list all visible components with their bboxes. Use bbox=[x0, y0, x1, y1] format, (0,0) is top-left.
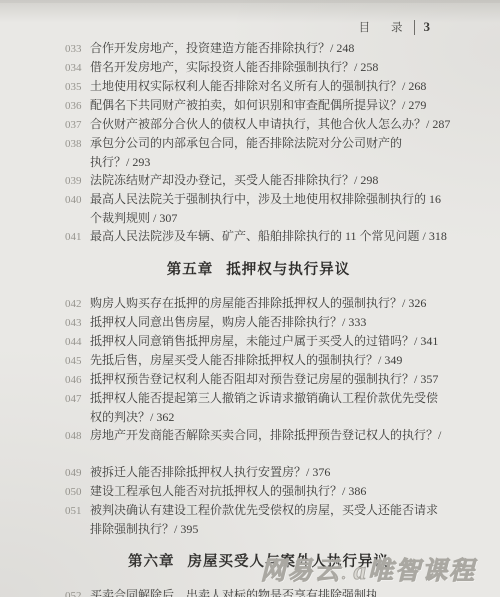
entry-text: 借名开发房地产，实际投资人能否排除强制执行？/ 258 bbox=[90, 60, 378, 74]
watermark-brand: 网易云 bbox=[260, 558, 341, 585]
watermark-separator: . bbox=[341, 566, 353, 583]
entry-text-continuation: 权的判决？/ 362 bbox=[90, 408, 482, 426]
entry-text-continuation: 排除强制执行？/ 395 bbox=[90, 520, 482, 538]
toc-entry: 050建设工程承包人能否对抗抵押权人的强制执行？/ 386 bbox=[65, 482, 482, 501]
header-divider bbox=[414, 20, 415, 35]
entry-text: 法院冻结财产却没办登记，买受人能否排除执行？/ 298 bbox=[90, 173, 378, 187]
entry-text: 土地使用权实际权利人能否排除对名义所有人的强制执行？/ 268 bbox=[90, 79, 426, 93]
entry-text: 先抵后售，房屋买受人能否排除抵押权人的强制执行？/ 349 bbox=[90, 353, 402, 367]
toc-entry: 052买卖合同解除后，出卖人对标的物是否享有排除强制执 bbox=[65, 586, 482, 597]
entry-number: 048 bbox=[65, 427, 90, 445]
entry-number: 051 bbox=[65, 502, 90, 520]
entry-number: 041 bbox=[65, 228, 90, 246]
toc-entry: 039法院冻结财产却没办登记，买受人能否排除执行？/ 298 bbox=[65, 171, 482, 190]
entry-number: 033 bbox=[65, 40, 90, 58]
toc-entry: 044抵押权人同意销售抵押房屋，未能过户属于买受人的过错吗？/ 341 bbox=[65, 332, 482, 351]
entry-text: 抵押权人同意出售房屋，购房人能否排除执行？/ 333 bbox=[90, 315, 366, 329]
entry-text: 合伙财产被部分合伙人的债权人申请执行，其他合伙人怎么办？/ 287 bbox=[90, 117, 450, 131]
chapter-title: 抵押权与执行异议 bbox=[226, 262, 350, 278]
entry-text: 配偶名下共同财产被拍卖，如何识别和审查配偶所提异议？/ 279 bbox=[90, 98, 426, 112]
chapter-number: 第六章 bbox=[128, 554, 175, 570]
toc-entry: 048房地产开发商能否解除买卖合同，排除抵押预告登记权人的执行？/ bbox=[65, 426, 482, 445]
entry-number: 049 bbox=[65, 464, 90, 482]
entry-text-continuation: 执行？/ 293 bbox=[90, 153, 482, 171]
entry-text: 被判决确认有建设工程价款优先受偿权的房屋，买受人还能否请求 bbox=[90, 503, 438, 517]
entry-number: 043 bbox=[65, 314, 90, 332]
toc-entry: 033合作开发房地产，投资建造方能否排除执行？/ 248 bbox=[65, 39, 482, 58]
page-number: 3 bbox=[424, 19, 431, 35]
entry-text: 抵押权人同意销售抵押房屋，未能过户属于买受人的过错吗？/ 341 bbox=[90, 334, 438, 348]
entry-text: 抵押权预告登记权利人能否阻却对预告登记房屋的强制执行？/ 357 bbox=[90, 372, 438, 386]
entry-text: 买卖合同解除后，出卖人对标的物是否享有排除强制执 bbox=[90, 588, 378, 597]
entry-text: 房地产开发商能否解除买卖合同，排除抵押预告登记权人的执行？/ bbox=[90, 428, 441, 442]
toc-entry: 040最高人民法院关于强制执行中，涉及土地使用权排除强制执行的 16 bbox=[65, 190, 482, 209]
toc-entry: 051被判决确认有建设工程价款优先受偿权的房屋，买受人还能否请求 bbox=[65, 501, 482, 520]
entry-number: 052 bbox=[65, 587, 90, 597]
chapter-number: 第五章 bbox=[167, 262, 214, 278]
entry-number: 045 bbox=[65, 352, 90, 370]
toc-entry: 042购房人购买存在抵押的房屋能否排除抵押权人的强制执行？/ 326 bbox=[65, 294, 482, 313]
entry-number: 035 bbox=[65, 78, 90, 96]
entry-number: 034 bbox=[65, 59, 90, 77]
header-title: 目 录 bbox=[359, 19, 412, 35]
toc-entry: 047抵押权人能否提起第三人撤销之诉请求撤销确认工程价款优先受偿 bbox=[65, 389, 482, 408]
watermark: 网易云. a唯智课程 bbox=[260, 551, 476, 587]
toc-entry: 034借名开发房地产，实际投资人能否排除强制执行？/ 258 bbox=[65, 58, 482, 77]
entry-text: 建设工程承包人能否对抗抵押权人的强制执行？/ 386 bbox=[90, 484, 366, 498]
toc-entry: 041最高人民法院涉及车辆、矿产、船舶排除执行的 11 个常见问题 / 318 bbox=[65, 227, 482, 246]
entry-number: 042 bbox=[65, 295, 90, 313]
entry-text: 抵押权人能否提起第三人撤销之诉请求撤销确认工程价款优先受偿 bbox=[90, 391, 438, 405]
entry-text-continuation: 个裁判规则 / 307 bbox=[90, 209, 482, 227]
watermark-course: a唯智课程 bbox=[353, 558, 476, 585]
page-header: 目 录 3 bbox=[359, 19, 430, 35]
toc-list: 033合作开发房地产，投资建造方能否排除执行？/ 248034借名开发房地产，实… bbox=[65, 39, 482, 597]
entry-number: 047 bbox=[65, 390, 90, 408]
entry-number: 039 bbox=[65, 172, 90, 190]
toc-entry: 036配偶名下共同财产被拍卖，如何识别和审查配偶所提异议？/ 279 bbox=[65, 96, 482, 115]
toc-entry: 038承包分公司的内部承包合同，能否排除法院对分公司财产的 bbox=[65, 134, 482, 153]
entry-text: 承包分公司的内部承包合同，能否排除法院对分公司财产的 bbox=[90, 136, 402, 150]
toc-page: 目 录 3 033合作开发房地产，投资建造方能否排除执行？/ 248034借名开… bbox=[0, 0, 500, 597]
toc-entry: 043抵押权人同意出售房屋，购房人能否排除执行？/ 333 bbox=[65, 313, 482, 332]
entry-number: 037 bbox=[65, 116, 90, 134]
chapter-heading: 第五章抵押权与执行异议 bbox=[65, 260, 482, 280]
entry-number: 044 bbox=[65, 333, 90, 351]
entry-number: 040 bbox=[65, 191, 90, 209]
entry-number: 036 bbox=[65, 97, 90, 115]
entry-text-continuation: 370 bbox=[65, 445, 482, 463]
entry-number: 050 bbox=[65, 483, 90, 501]
entry-text: 最高人民法院关于强制执行中，涉及土地使用权排除强制执行的 16 bbox=[90, 192, 441, 206]
entry-text: 最高人民法院涉及车辆、矿产、船舶排除执行的 11 个常见问题 / 318 bbox=[90, 229, 447, 243]
entry-number: 038 bbox=[65, 135, 90, 153]
toc-entry: 035土地使用权实际权利人能否排除对名义所有人的强制执行？/ 268 bbox=[65, 77, 482, 96]
entry-text: 被拆迁人能否排除抵押权人执行安置房？/ 376 bbox=[90, 465, 330, 479]
toc-entry: 049被拆迁人能否排除抵押权人执行安置房？/ 376 bbox=[65, 463, 482, 482]
entry-number: 046 bbox=[65, 371, 90, 389]
toc-entry: 045先抵后售，房屋买受人能否排除抵押权人的强制执行？/ 349 bbox=[65, 351, 482, 370]
toc-entry: 046抵押权预告登记权利人能否阻却对预告登记房屋的强制执行？/ 357 bbox=[65, 370, 482, 389]
entry-text: 购房人购买存在抵押的房屋能否排除抵押权人的强制执行？/ 326 bbox=[90, 296, 426, 310]
toc-entry: 037合伙财产被部分合伙人的债权人申请执行，其他合伙人怎么办？/ 287 bbox=[65, 115, 482, 134]
entry-text: 合作开发房地产，投资建造方能否排除执行？/ 248 bbox=[90, 41, 354, 55]
